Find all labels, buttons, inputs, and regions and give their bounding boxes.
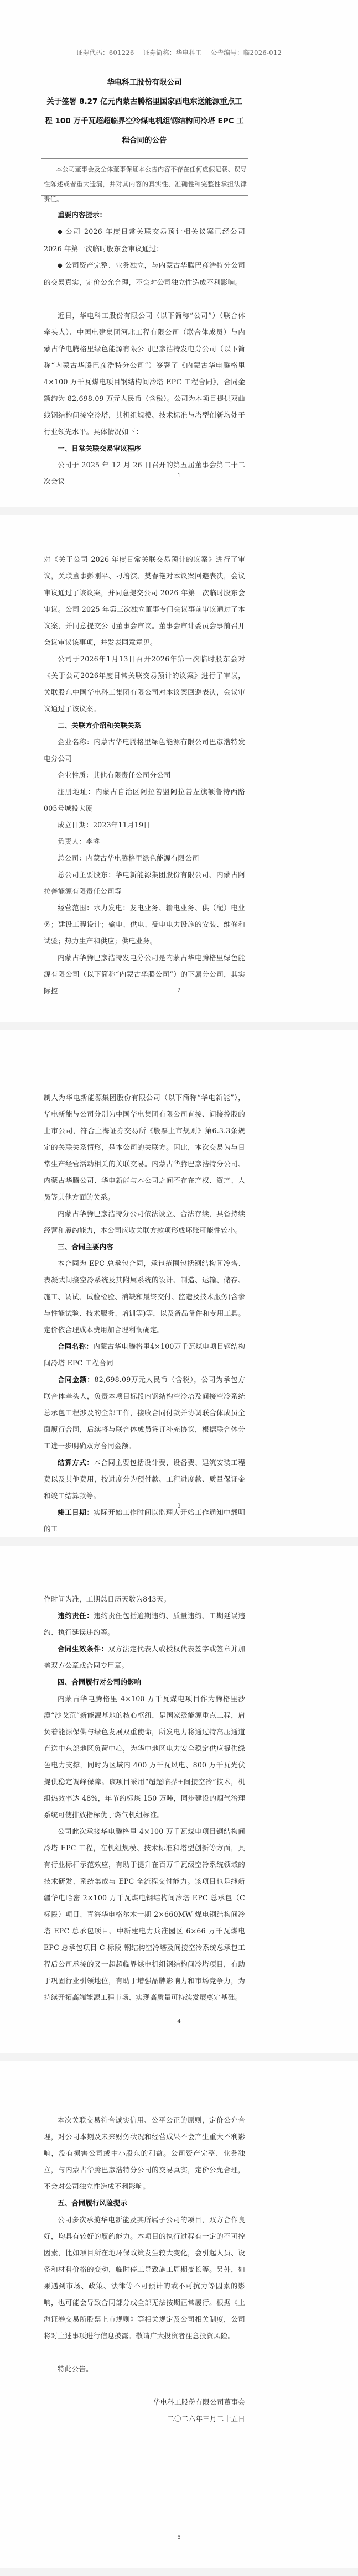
field-value: 李睿: [86, 837, 100, 846]
field-label: 成立日期：: [58, 821, 93, 829]
impact-para-3: 本次关联交易符合诚实信用、公平公正的原则，定价公允合理，对公司本期及未来财务状况…: [44, 2112, 245, 2195]
effective-label: 合同生效条件：: [58, 1645, 108, 1653]
closing-statement: 特此公告。: [44, 2361, 245, 2377]
page-3-body: 制人为华电新能源集团股份有限公司（以下简称“华电新能”），华电新能与公司分别为中…: [44, 1089, 245, 1537]
disclaimer-text: 本公司董事会及全体董事保证本公告内容不存在任何虚假记载、误导性陈述或者重大遗漏，…: [44, 162, 247, 207]
section-1-para-2: 公司于2026年1月13日召开2026年第一次临时股东会对《关于公司2026年度…: [44, 651, 245, 717]
signature-date: 二〇二六年三月二十五日: [44, 2411, 245, 2427]
page-4-body: 作时间为准，工期总日历天数为843天。 违约责任：违约责任包括逾期违约、质量违约…: [44, 1591, 245, 2006]
document-title: 华电科工股份有限公司 关于签署 8.27 亿元内蒙古腾格里国家西电东送能源重点工…: [44, 73, 245, 150]
stock-code: 证券代码：601226: [76, 49, 134, 56]
page-5-body: 本次关联交易符合诚实信用、公平公正的原则，定价公允合理，对公司本期及未来财务状况…: [44, 2112, 245, 2427]
field-principal: 负责人：李睿: [44, 833, 245, 850]
page-4: 作时间为准，工期总日历天数为843天。 违约责任：违约责任包括逾期违约、质量违约…: [0, 1546, 358, 2053]
contract-scope: 本合同为 EPC 总承包合同，承包范围包括钢结构间冷塔、表凝式间接空冷系统及其附…: [44, 1255, 245, 1338]
section-2-heading: 二、关联方介绍和关联关系: [44, 717, 245, 734]
page-5: 本次关联交易符合诚实信用、公平公正的原则，定价公允合理，对公司本期及未来财务状况…: [0, 2061, 358, 2568]
field-founded: 成立日期：2023年11月19日: [44, 817, 245, 833]
impact-para-1: 内蒙古华电腾格里 4×100 万千瓦煤电项目作为腾格里沙漠“沙戈荒”新能源基地的…: [44, 1691, 245, 1823]
page-number: 4: [0, 2019, 358, 2025]
section-1-para-cont: 对《关于公司 2026 年度日常关联交易预计的议案》进行了审议，关联董事彭刚平、…: [44, 551, 245, 651]
field-label: 经营范围：: [58, 904, 94, 912]
page-1-body: 重要内容提示： 公司 2026 年度日常关联交易预计相关议案已经公司 2026 …: [44, 207, 245, 490]
contract-amount-label: 合同金额：: [58, 1375, 95, 1384]
disclaimer-box: 本公司董事会及全体董事保证本公告内容不存在任何虚假记载、误导性陈述或者重大遗漏，…: [41, 158, 248, 196]
impact-para-2: 公司此次承接华电腾格里 4×100 万千瓦煤电项目钢结构间冷塔 EPC 工程，在…: [44, 1823, 245, 2006]
field-address: 注册地址：内蒙古自治区阿拉善盟阿拉善左旗额鲁特西路005号城投大厦: [44, 784, 245, 817]
breach-liability: 违约责任：违约责任包括逾期违约、质量违约、工期延误违约、执行延误违约等。: [44, 1608, 245, 1641]
completion-date: 竣工日期：实际开始工作时间以监理人开始工作通知中载明的工: [44, 1504, 245, 1537]
page-number: 5: [0, 2535, 358, 2541]
contract-amount: 合同金额：82,698.09万元人民币（含税），公司为承包方联合体牵头人，负责本…: [44, 1372, 245, 1454]
intro-paragraph: 近日，华电科工股份有限公司（以下简称“公司”）（联合体牵头人）、中国电建集团河北…: [44, 307, 245, 440]
company-name: 华电科工股份有限公司: [44, 73, 245, 92]
field-label: 总公司：: [58, 854, 86, 862]
effective-conditions: 合同生效条件：双方法定代表人或授权代表签字或签章并加盖双方公章或合同专用章。: [44, 1641, 245, 1674]
completion-value-cont: 作时间为准，工期总日历天数为843天。: [44, 1591, 245, 1608]
field-shareholders: 总公司主要股东：华电新能源集团股份有限公司、内蒙古阿拉善能源有限责任公司等: [44, 867, 245, 900]
ability-paragraph: 内蒙古华腾巴彦浩特分公司依法设立、合法存续，具备持续经营和履约能力，本公司应收关…: [44, 1206, 245, 1239]
field-label: 企业名称：: [58, 738, 94, 746]
breach-label: 违约责任：: [58, 1612, 94, 1620]
page-1: 证券代码：601226 证券简称：华电科工 公告编号：临2026-012 华电科…: [0, 0, 358, 507]
field-label: 企业性质：: [58, 771, 93, 779]
contract-name-label: 合同名称：: [58, 1342, 93, 1350]
section-1-heading: 一、日常关联交易审议程序: [44, 440, 245, 457]
field-value: 内蒙古华电腾格里绿色能源有限公司: [86, 854, 199, 862]
field-value: 2023年11月19日: [93, 821, 151, 829]
announcement-subject: 关于签署 8.27 亿元内蒙古腾格里国家西电东送能源重点工程 100 万千瓦超超…: [44, 92, 245, 150]
page-number: 2: [0, 988, 358, 994]
section-4-heading: 四、合同履行对公司的影响: [44, 1674, 245, 1691]
section-5-heading: 五、合同履行风险提示: [44, 2195, 245, 2212]
field-company-type: 企业性质：其他有限责任公司分公司: [44, 767, 245, 784]
field-value: 其他有限责任公司分公司: [93, 771, 171, 779]
highlights-heading: 重要内容提示：: [44, 207, 245, 223]
completion-label: 竣工日期：: [58, 1508, 94, 1516]
highlight-item: 公司资产完整、业务独立，与内蒙古华腾巴彦浩特分公司的交易真实，定价公允合理，不会…: [44, 257, 245, 291]
highlight-item: 公司 2026 年度日常关联交易预计相关议案已经公司 2026 年第一次临时股东…: [44, 223, 245, 257]
page-3: 制人为华电新能源集团股份有限公司（以下简称“华电新能”），华电新能与公司分别为中…: [0, 1030, 358, 1537]
field-head-office: 总公司：内蒙古华电腾格里绿色能源有限公司: [44, 850, 245, 867]
contract-name: 合同名称：内蒙古华电腾格里4×100万千瓦煤电项目钢结构间冷塔 EPC 工程合同: [44, 1338, 245, 1372]
settlement-label: 结算方式：: [58, 1458, 94, 1467]
settlement-method: 结算方式：本合同主要包括设计费、设备费、建筑安装工程费以及其他费用，按进度分为预…: [44, 1454, 245, 1504]
signature-org: 华电科工股份有限公司董事会: [44, 2394, 245, 2411]
contract-amount-value: 82,698.09万元人民币（含税），公司为承包方联合体牵头人，负责本项目标段内…: [44, 1375, 245, 1450]
relation-para-cont: 制人为华电新能源集团股份有限公司（以下简称“华电新能”），华电新能与公司分别为中…: [44, 1089, 245, 1206]
risk-paragraph: 公司多次承揽华电新能及其所属子公司的项目，双方合作良好，均具有较好的履约能力。本…: [44, 2212, 245, 2344]
announcement-header: 证券代码：601226 证券简称：华电科工 公告编号：临2026-012: [0, 48, 358, 57]
field-label: 注册地址：: [58, 788, 95, 796]
page-2-body: 对《关于公司 2026 年度日常关联交易预计的议案》进行了审议，关联董事彭刚平、…: [44, 551, 245, 999]
stock-name: 证券简称：华电科工: [143, 49, 202, 56]
page-number: 1: [0, 473, 358, 479]
field-label: 总公司主要股东：: [58, 870, 115, 879]
field-business-scope: 经营范围：水力发电；发电业务、输电业务、供（配）电业务；建设工程设计；输电、供电…: [44, 900, 245, 950]
page-number: 3: [0, 1503, 358, 1509]
notice-number: 公告编号：临2026-012: [211, 49, 282, 56]
page-2: 对《关于公司 2026 年度日常关联交易预计的议案》进行了审议，关联董事彭刚平、…: [0, 515, 358, 1022]
field-company-name: 企业名称：内蒙古华电腾格里绿色能源有限公司巴彦浩特发电分公司: [44, 734, 245, 767]
field-label: 负责人：: [58, 837, 86, 846]
section-3-heading: 三、合同主要内容: [44, 1239, 245, 1255]
